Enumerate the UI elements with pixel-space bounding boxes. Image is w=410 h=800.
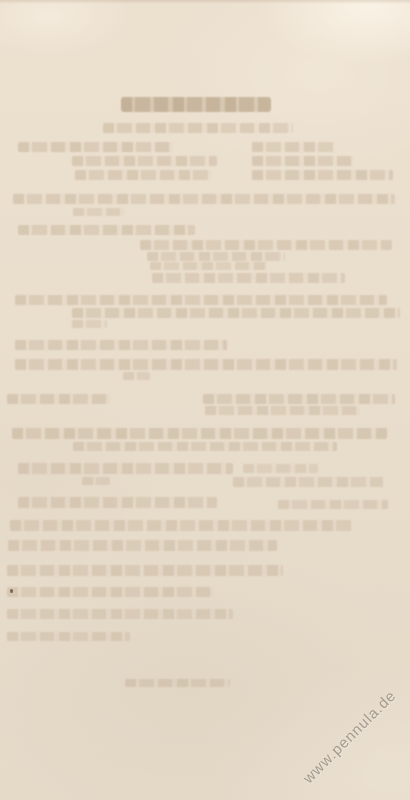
- faded-text-line: [203, 394, 395, 404]
- faded-text-line: [72, 308, 400, 318]
- faded-text-line: [73, 208, 125, 216]
- faded-text-line: [125, 679, 230, 687]
- faded-lines-layer: [0, 0, 410, 800]
- faded-text-line: [13, 194, 395, 204]
- faded-text-line: [18, 463, 233, 474]
- faded-text-line: [7, 394, 110, 404]
- faded-text-line: [75, 170, 212, 180]
- ink-speck: [10, 589, 13, 593]
- faded-text-line: [7, 632, 130, 641]
- scanned-paper-page: www.pennula.de: [0, 0, 410, 800]
- faded-text-line: [243, 464, 318, 473]
- faded-text-line: [252, 142, 335, 152]
- faded-text-line: [252, 156, 353, 166]
- faded-text-line: [73, 442, 337, 451]
- faded-text-line: [72, 156, 217, 166]
- faded-text-line: [18, 497, 217, 508]
- faded-text-line: [7, 587, 213, 597]
- faded-text-line: [18, 225, 195, 235]
- faded-text-line: [123, 372, 150, 380]
- faded-text-line: [8, 540, 277, 551]
- faded-text-line: [15, 295, 387, 305]
- faded-text-line: [103, 123, 293, 133]
- faded-text-line: [10, 520, 352, 531]
- faded-text-line: [15, 340, 227, 350]
- faded-text-line: [278, 500, 388, 509]
- faded-title-line: [121, 97, 271, 112]
- faded-text-line: [7, 609, 233, 619]
- faded-text-line: [15, 359, 397, 370]
- faded-text-line: [252, 170, 393, 180]
- faded-text-line: [140, 240, 392, 250]
- faded-text-line: [233, 477, 383, 487]
- faded-text-line: [152, 273, 345, 283]
- faded-text-line: [18, 142, 173, 152]
- faded-text-line: [147, 252, 285, 261]
- faded-text-line: [205, 406, 360, 415]
- faded-text-line: [12, 428, 387, 439]
- faded-text-line: [72, 320, 107, 328]
- faded-text-line: [150, 262, 267, 270]
- faded-text-line: [82, 477, 110, 485]
- faded-text-line: [7, 565, 283, 576]
